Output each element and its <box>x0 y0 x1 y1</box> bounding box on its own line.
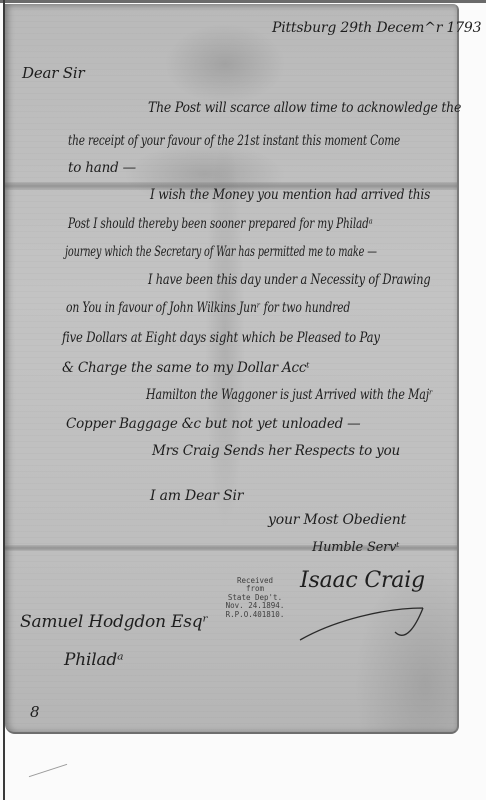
body-line: Mrs Craig Sends her Respects to you <box>152 443 400 459</box>
body-line: The Post will scarce allow time to ackno… <box>148 100 461 116</box>
body-line: Post I should thereby been sooner prepar… <box>68 216 373 232</box>
body-line: to hand — <box>68 160 136 176</box>
stamp-line: R.P.O.401810. <box>215 611 295 619</box>
body-line: & Charge the same to my Dollar Accᵗ <box>62 360 309 376</box>
page-number: 8 <box>30 703 39 721</box>
closing-line: Humble Servᵗ <box>312 540 399 555</box>
closing-line: your Most Obedient <box>268 512 406 528</box>
addressee-name: Samuel Hodgdon Esqʳ <box>20 612 208 632</box>
body-line: I wish the Money you mention had arrived… <box>150 187 430 203</box>
body-line: five Dollars at Eight days sight which b… <box>62 330 380 346</box>
closing-line: I am Dear Sir <box>150 488 243 504</box>
signature-flourish <box>295 598 435 648</box>
salutation: Dear Sir <box>22 64 84 82</box>
body-line: journey which the Secretary of War has p… <box>65 244 377 260</box>
body-line: on You in favour of John Wilkins Junʳ fo… <box>66 300 350 316</box>
body-line: the receipt of your favour of the 21st i… <box>68 133 400 149</box>
stray-pencil-mark <box>29 764 67 777</box>
place-date: Pittsburg 29th Decem^r 1793 <box>272 20 481 36</box>
signature: Isaac Craig <box>300 568 425 593</box>
received-stamp: Received from State Dep't. Nov. 24.1894.… <box>215 577 295 619</box>
body-line: I have been this day under a Necessity o… <box>148 272 430 288</box>
body-line: Hamilton the Waggoner is just Arrived wi… <box>146 387 433 403</box>
scan-top-edge <box>0 0 486 3</box>
body-line: Copper Baggage &c but not yet unloaded — <box>66 416 360 432</box>
addressee-place: Philadᵃ <box>64 650 123 670</box>
